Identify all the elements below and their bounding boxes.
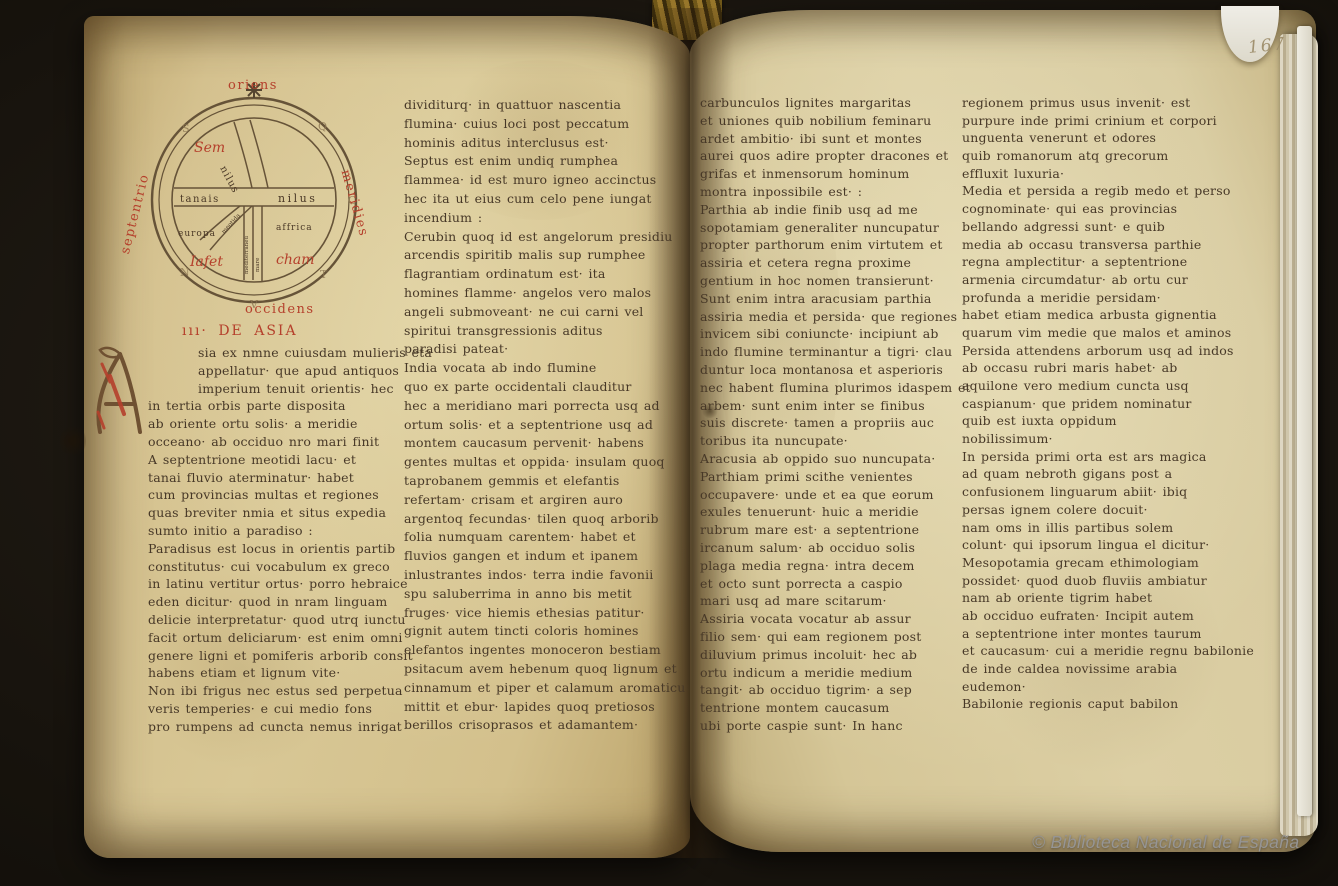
text-line: suis discrete· tamen a propriis auc bbox=[700, 414, 980, 432]
left-page-column-2: dividiturq· in quattuor nascentiaflumina… bbox=[404, 96, 678, 735]
text-line: confusionem linguarum abiit· ibiq bbox=[962, 483, 1256, 501]
text-line: gentes multas et oppida· insulam quoq bbox=[404, 453, 678, 472]
text-line: a septentrione inter montes taurum bbox=[962, 625, 1256, 643]
text-line: arbem· sunt enim inter se finibus bbox=[700, 397, 980, 415]
text-line: quib est iuxta oppidum bbox=[962, 412, 1256, 430]
text-line: eudemon· bbox=[962, 678, 1256, 696]
text-line: purpure inde primi crinium et corpori bbox=[962, 112, 1256, 130]
text-line: sumto initio a paradiso : bbox=[148, 522, 390, 540]
text-line: occupavere· unde et ea que eorum bbox=[700, 486, 980, 504]
text-line: sopotamiam generaliter nuncupatur bbox=[700, 219, 980, 237]
text-line: caspianum· que pridem nominatur bbox=[962, 395, 1256, 413]
text-line: regna amplectitur· a septentrione bbox=[962, 253, 1256, 271]
text-line: eden dicitur· quod in nram linguam bbox=[148, 593, 390, 611]
text-line: quas breviter nmia et situs expedia bbox=[148, 504, 390, 522]
text-line: bellando adgressi sunt· e quib bbox=[962, 218, 1256, 236]
text-line: Non ibi frigus nec estus sed perpetua bbox=[148, 682, 390, 700]
text-line: ad quam nebroth gigans post a bbox=[962, 465, 1256, 483]
text-line: persas ignem colere docuit· bbox=[962, 501, 1256, 519]
text-line: quarum vim medie que malos et aminos bbox=[962, 324, 1256, 342]
text-line: et octo sunt porrecta a caspio bbox=[700, 575, 980, 593]
text-line: spiritui transgressionis aditus bbox=[404, 322, 678, 341]
text-line: effluxit luxuria· bbox=[962, 165, 1256, 183]
text-line: plaga media regna· intra decem bbox=[700, 557, 980, 575]
text-line: gentium in hoc nomen transierunt· bbox=[700, 272, 980, 290]
text-line: A septentrione meotidi lacu· et bbox=[148, 451, 390, 469]
ring-letter: S bbox=[182, 122, 190, 135]
text-line: hec a meridiano mari porrecta usq ad bbox=[404, 397, 678, 416]
text-line: constitutus· cui vocabulum ex greco bbox=[148, 558, 390, 576]
text-line: regionem primus usus invenit· est bbox=[962, 94, 1256, 112]
text-line: et caucasum· cui a meridie regnu babilon… bbox=[962, 642, 1256, 660]
text-line: appellatur· que apud antiquos bbox=[198, 362, 390, 380]
text-line: indo flumine terminantur a tigri· clau bbox=[700, 343, 980, 361]
europa-label: europa bbox=[178, 229, 216, 239]
text-line: Babilonie regionis caput babilon bbox=[962, 695, 1256, 713]
edge-wormhole bbox=[60, 424, 86, 458]
text-line: ab occiduo eufraten· Incipit autem bbox=[962, 607, 1256, 625]
text-line: possidet· quod duob fluviis ambiatur bbox=[962, 572, 1256, 590]
text-line: berillos crisoprasos et adamantem· bbox=[404, 716, 678, 735]
text-line: unguenta venerunt et odores bbox=[962, 129, 1256, 147]
meotida-label: meotida bbox=[220, 212, 242, 235]
mare-label: mare bbox=[255, 258, 261, 272]
text-line: Mesopotamia grecam ethimologiam bbox=[962, 554, 1256, 572]
text-line: flumina· cuius loci post peccatum bbox=[404, 115, 678, 134]
text-line: cognominate· qui eas provincias bbox=[962, 200, 1256, 218]
text-line: mari usq ad mare scitarum· bbox=[700, 592, 980, 610]
text-line: spu saluberrima in anno bis metit bbox=[404, 585, 678, 604]
text-line: fluvios gangen et indum et ipanem bbox=[404, 547, 678, 566]
text-line: angeli submoveant· ne cui carni vel bbox=[404, 303, 678, 322]
text-line: media ab occasu transversa parthie bbox=[962, 236, 1256, 254]
text-line: dividiturq· in quattuor nascentia bbox=[404, 96, 678, 115]
left-page-column-1: sia ex nmne cuiusdam mulieris etaappella… bbox=[148, 344, 390, 736]
text-line: nec habent flumina plurimos idaspem et bbox=[700, 379, 980, 397]
text-line: ab oriente ortu solis· a meridie bbox=[148, 415, 390, 433]
text-line: tanai fluvio aterminatur· habet bbox=[148, 469, 390, 487]
text-line: Assiria vocata vocatur ab assur bbox=[700, 610, 980, 628]
text-line: flammea· id est muro igneo accinctus bbox=[404, 171, 678, 190]
text-line: habens etiam et lignum vite· bbox=[148, 664, 390, 682]
ring-letter: Q bbox=[318, 120, 327, 133]
text-line: ortum solis· et a septentrione usq ad bbox=[404, 416, 678, 435]
right-page-column-2: regionem primus usus invenit· estpurpure… bbox=[962, 94, 1256, 713]
text-line: Septus est enim undiq rumphea bbox=[404, 152, 678, 171]
text-line: fruges· vice hiemis ethesias patitur· bbox=[404, 604, 678, 623]
text-line: sia ex nmne cuiusdam mulieris eta bbox=[198, 344, 390, 362]
iafet-label: Iafet bbox=[189, 254, 223, 270]
text-line: flagrantiam ordinatum est· ita bbox=[404, 265, 678, 284]
text-line: de inde caldea novissime arabia bbox=[962, 660, 1256, 678]
text-line: cum provincias multas et regiones bbox=[148, 486, 390, 504]
text-line: elefantos ingentes monoceron bestiam bbox=[404, 641, 678, 660]
text-line: quo ex parte occidentali clauditur bbox=[404, 378, 678, 397]
folio-number: 167 bbox=[1247, 34, 1287, 58]
text-line: hec ita ut eius cum celo pene iungat bbox=[404, 190, 678, 209]
decorated-initial-a bbox=[90, 342, 146, 442]
text-line: montra inpossibile est· : bbox=[700, 183, 980, 201]
text-line: armenia circumdatur· ab ortu cur bbox=[962, 271, 1256, 289]
text-line: filio sem· qui eam regionem post bbox=[700, 628, 980, 646]
text-line: mittit et ebur· lapides quoq pretiosos bbox=[404, 698, 678, 717]
text-line: grifas et inmensorum hominum bbox=[700, 165, 980, 183]
sem-label: Sem bbox=[194, 140, 225, 156]
text-line: Parthia ab indie finib usq ad me bbox=[700, 201, 980, 219]
text-line: propter parthorum enim virtutem et bbox=[700, 236, 980, 254]
manuscript-photo: 167 nilus tanais bbox=[0, 0, 1338, 886]
text-line: Parthiam primi scithe venientes bbox=[700, 468, 980, 486]
mediterraneum-label: mediterraneū bbox=[244, 235, 250, 274]
affrica-label: affrica bbox=[276, 223, 313, 233]
text-line: rubrum mare est· a septentrione bbox=[700, 521, 980, 539]
text-line: Sunt enim intra aracusiam parthia bbox=[700, 290, 980, 308]
text-line: refertam· crisam et argiren auro bbox=[404, 491, 678, 510]
text-line: profunda a meridie persidam· bbox=[962, 289, 1256, 307]
white-ruler-strip bbox=[1297, 26, 1312, 816]
text-line: Media et persida a regib medo et perso bbox=[962, 182, 1256, 200]
text-line: imperium tenuit orientis· hec bbox=[198, 380, 390, 398]
text-line: ortu indicum a meridie medium bbox=[700, 664, 980, 682]
text-line: exules tenuerunt· huic a meridie bbox=[700, 503, 980, 521]
text-line: facit ortum deliciarum· est enim omni bbox=[148, 629, 390, 647]
text-line: habet etiam medica arbusta gignentia bbox=[962, 306, 1256, 324]
text-line: Paradisus est locus in orientis partib bbox=[148, 540, 390, 558]
nilus-diagonal-label: nilus bbox=[217, 164, 241, 195]
rubric-de-asia: ııı· DE ASIA bbox=[182, 323, 298, 339]
cham-label: cham bbox=[276, 252, 314, 268]
text-line: carbunculos lignites margaritas bbox=[700, 94, 980, 112]
text-line: India vocata ab indo flumine bbox=[404, 359, 678, 378]
text-line: montem caucasum pervenit· habens bbox=[404, 434, 678, 453]
text-line: duntur loca montanosa et asperioris bbox=[700, 361, 980, 379]
text-line: ab occasu rubri maris habet· ab bbox=[962, 359, 1256, 377]
text-line: pro rumpens ad cuncta nemus inrigat bbox=[148, 718, 390, 736]
text-line: quib romanorum atq grecorum bbox=[962, 147, 1256, 165]
sons-of-noah-labels: Sem Iafet cham bbox=[189, 140, 314, 270]
text-line: taprobanem gemmis et elefantis bbox=[404, 472, 678, 491]
text-line: ircanum salum· ab occiduo solis bbox=[700, 539, 980, 557]
text-line: paradisi pateat· bbox=[404, 340, 678, 359]
nilus-label: nilus bbox=[278, 192, 317, 205]
text-line: assiria media et persida· que regiones bbox=[700, 308, 980, 326]
text-line: tentrione montem caucasum bbox=[700, 699, 980, 717]
text-line: nobilissimum· bbox=[962, 430, 1256, 448]
text-line: assiria et cetera regna proxime bbox=[700, 254, 980, 272]
text-line: tangit· ab occiduo tigrim· a sep bbox=[700, 681, 980, 699]
library-credit-watermark: © Biblioteca Nacional de España bbox=[1032, 832, 1300, 853]
text-line: et uniones quib nobilium feminaru bbox=[700, 112, 980, 130]
text-line: in tertia orbis parte disposita bbox=[148, 397, 390, 415]
initial-beast-body bbox=[98, 348, 140, 432]
text-line: homines flamme· angelos vero malos bbox=[404, 284, 678, 303]
text-line: incendium : bbox=[404, 209, 678, 228]
text-line: toribus ita nuncupate· bbox=[700, 432, 980, 450]
text-line: nam ab oriente tigrim habet bbox=[962, 589, 1256, 607]
text-line: diluvium primus incoluit· hec ab bbox=[700, 646, 980, 664]
occidens-label: occidens bbox=[245, 302, 315, 317]
oriens-label: oriens bbox=[228, 78, 278, 93]
text-line: veris temperies· e cui medio fons bbox=[148, 700, 390, 718]
text-line: genere ligni et pomiferis arborib consit bbox=[148, 647, 390, 665]
text-line: arcendis spiritib malis sup rumphee bbox=[404, 246, 678, 265]
text-line: Persida attendens arborum usq ad indos bbox=[962, 342, 1256, 360]
text-line: hominis aditus interclusus est· bbox=[404, 134, 678, 153]
text-line: aquilone vero medium cuncta usq bbox=[962, 377, 1256, 395]
text-line: invicem sibi coniuncte· incipiunt ab bbox=[700, 325, 980, 343]
text-line: aurei quos adire propter dracones et bbox=[700, 147, 980, 165]
tanais-label: tanais bbox=[180, 194, 220, 205]
right-page-column-1: carbunculos lignites margaritaset unione… bbox=[700, 94, 980, 735]
text-line: colunt· qui ipsorum lingua el dicitur· bbox=[962, 536, 1256, 554]
text-line: Cerubin quoq id est angelorum presidiu bbox=[404, 228, 678, 247]
text-line: Aracusia ab oppido suo nuncupata· bbox=[700, 450, 980, 468]
ring-letter: N bbox=[180, 266, 190, 279]
text-line: inlustrantes indos· terra indie favonii bbox=[404, 566, 678, 585]
text-line: folia numquam carentem· habet et bbox=[404, 528, 678, 547]
text-line: ardet ambitio· ibi sunt et montes bbox=[700, 130, 980, 148]
to-map-diagram: nilus tanais nilus europa affrica meotid… bbox=[136, 76, 370, 316]
ring-letter: T bbox=[320, 268, 328, 281]
text-line: psitacum avem hebenum quoq lignum et bbox=[404, 660, 678, 679]
text-line: nam oms in illis partibus solem bbox=[962, 519, 1256, 537]
text-line: delicie interpretatur· quod utrq iunctu bbox=[148, 611, 390, 629]
text-line: argentoq fecundas· tilen quoq arborib bbox=[404, 510, 678, 529]
text-line: In persida primi orta est ars magica bbox=[962, 448, 1256, 466]
text-line: in latinu vertitur ortus· porro hebraice bbox=[148, 575, 390, 593]
text-line: gignit autem tincti coloris homines bbox=[404, 622, 678, 641]
text-line: cinnamum et piper et calamum aromaticu bbox=[404, 679, 678, 698]
text-line: occeano· ab occiduo nro mari finit bbox=[148, 433, 390, 451]
text-line: ubi porte caspie sunt· In hanc bbox=[700, 717, 980, 735]
